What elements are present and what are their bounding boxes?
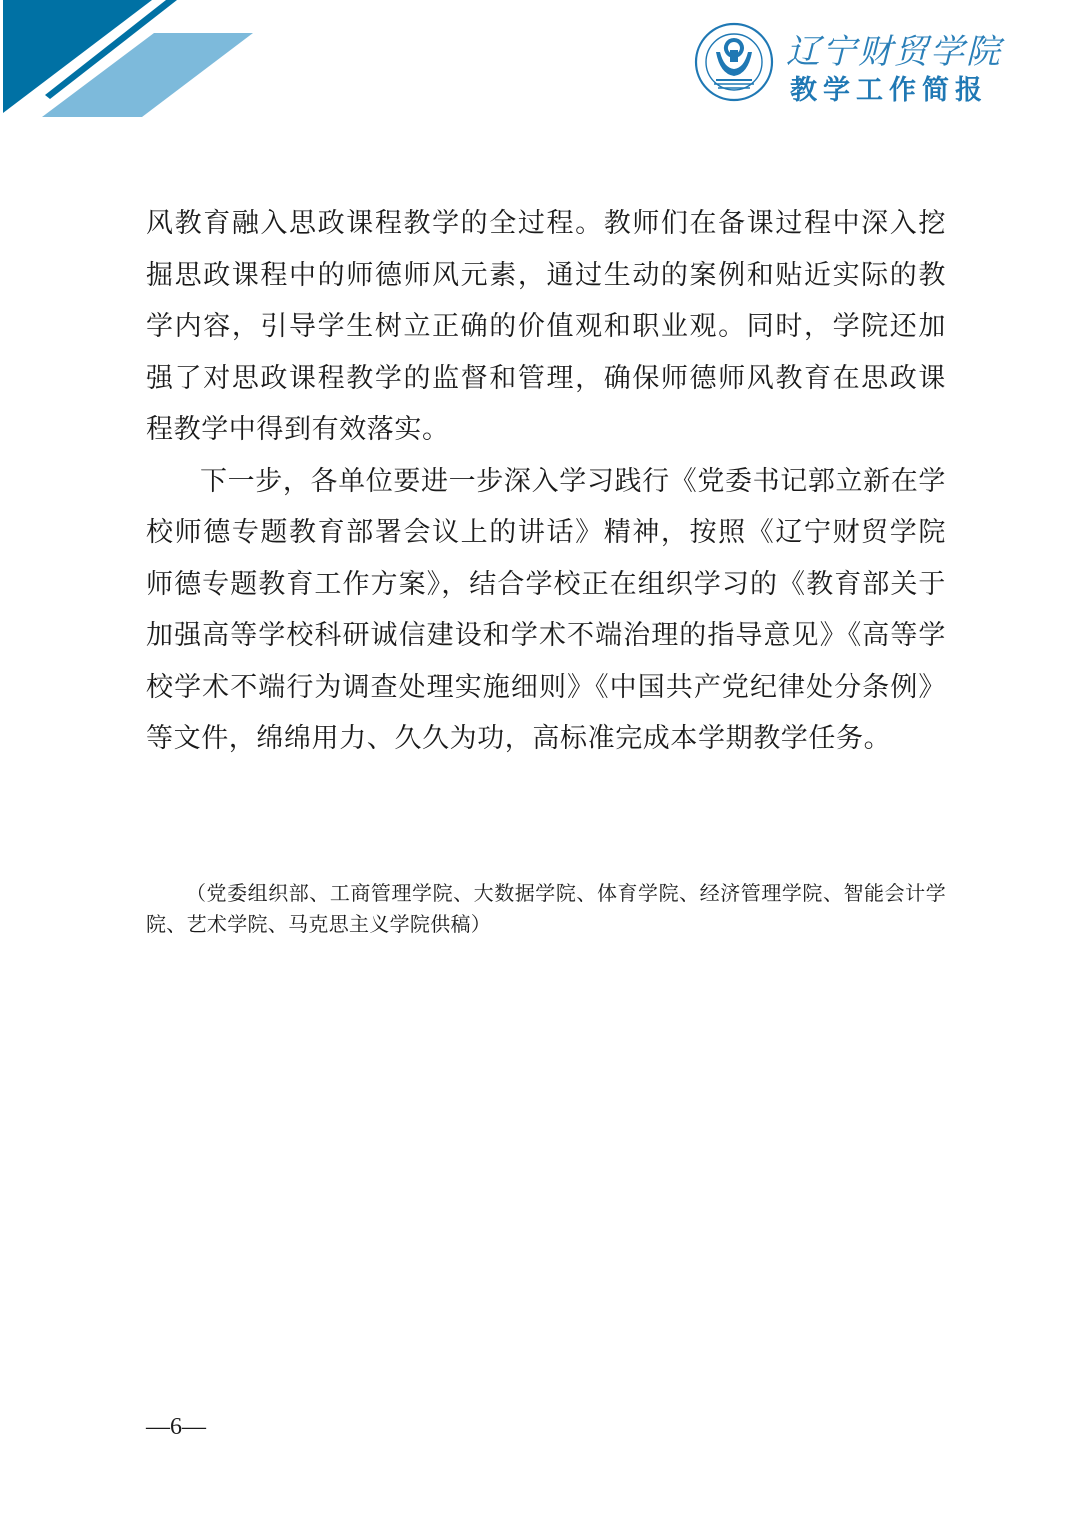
header-logo: 辽宁财贸学院 教学工作简报	[694, 22, 984, 106]
college-emblem-icon	[694, 22, 774, 102]
article-body: 风教育融入思政课程教学的全过程。教师们在备课过程中深入挖掘思政课程中的师德师风元…	[146, 198, 946, 765]
corner-decoration	[0, 0, 260, 120]
bulletin-title: 教学工作简报	[790, 68, 988, 107]
paragraph-continued: 风教育融入思政课程教学的全过程。教师们在备课过程中深入挖掘思政课程中的师德师风元…	[146, 198, 946, 456]
college-name: 辽宁财贸学院	[786, 24, 1002, 73]
page-number: —6—	[146, 1414, 206, 1441]
paragraph-next-steps: 下一步，各单位要进一步深入学习践行《党委书记郭立新在学校师德专题教育部署会议上的…	[146, 456, 946, 765]
source-note: （党委组织部、工商管理学院、大数据学院、体育学院、经济管理学院、智能会计学院、艺…	[146, 878, 946, 940]
